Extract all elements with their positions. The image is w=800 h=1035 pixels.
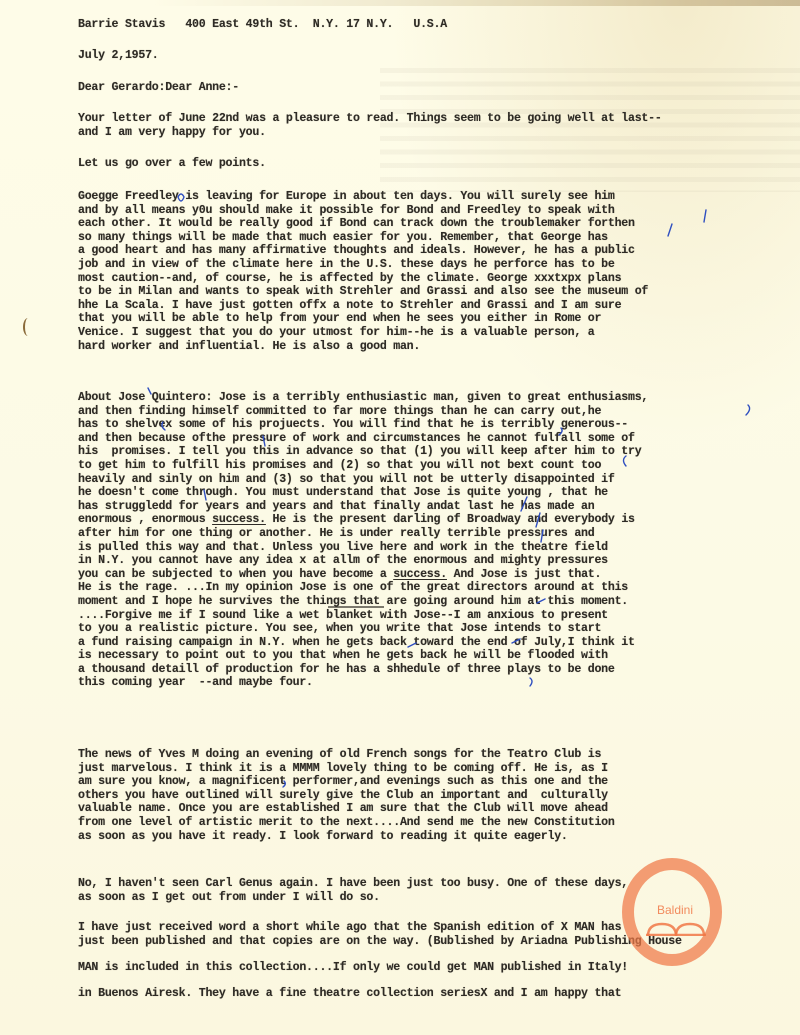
overstruck-lines: in Buenos Airesk. They have a fine theat… (78, 960, 798, 1028)
text-line: most caution--and, of course, he is affe… (78, 272, 798, 286)
text-line: so many things will be made that much ea… (78, 231, 798, 245)
archive-stamp-label: Baldini (650, 903, 700, 917)
text-line: just marvelous. I think it is a MMMM lov… (78, 762, 798, 776)
torn-top-edge (150, 0, 800, 6)
text-line: and by all means y0u should make it poss… (78, 204, 798, 218)
text-line: heavily and sinly on him and (3) so that… (78, 473, 798, 487)
text-line: this coming year --and maybe four. (78, 676, 798, 690)
text-line: a good heart and has many affirmative th… (78, 244, 798, 258)
text-line: after him for one thing or another. He i… (78, 527, 798, 541)
text-line: Your letter of June 22nd was a pleasure … (78, 112, 798, 126)
text-line: has struggledd for years and years and t… (78, 500, 798, 514)
underlined-word: success. (393, 568, 447, 581)
text-line: hhe La Scala. I have just gotten offx a … (78, 299, 798, 313)
paragraph: Let us go over a few points. (78, 157, 798, 171)
text-line: am sure you know, a magnificent performe… (78, 775, 798, 789)
text-line: to be in Milan and wants to speak with S… (78, 285, 798, 299)
text-line: hard worker and influential. He is also … (78, 340, 798, 354)
margin-bracket-mark (23, 318, 33, 336)
text-line: you can be subjected to when you have be… (78, 568, 798, 582)
text-line: he doesn't come through. You must unders… (78, 486, 798, 500)
text-line: to you a realistic picture. You see, whe… (78, 622, 798, 636)
text-line: About Jose Quintero: Jose is a terribly … (78, 391, 798, 405)
text-line: Goegge Freedley is leaving for Europe in… (78, 190, 798, 204)
text-line: is necessary to point out to you that wh… (78, 649, 798, 663)
text-line: that you will be able to help from your … (78, 312, 798, 326)
underlined-word: success. (212, 513, 266, 526)
text-line: to get him to fulfill his promises and (… (78, 459, 798, 473)
text-line: as soon as you have it ready. I look for… (78, 830, 798, 844)
overstruck-line-a: in Buenos Airesk. They have a fine theat… (78, 987, 798, 1001)
text-line: his promises. I tell you this in advance… (78, 445, 798, 459)
text-line: He is the rage. ...In my opinion Jose is… (78, 581, 798, 595)
text-line: each other. It would be really good if B… (78, 217, 798, 231)
overstruck-line-b: MAN is included in this collection....If… (78, 961, 628, 975)
text-line: a fund raising campaign in N.Y. when he … (78, 636, 798, 650)
text-line: valuable name. Once you are established … (78, 802, 798, 816)
paragraph: Goegge Freedley is leaving for Europe in… (78, 190, 798, 353)
paragraph: The news of Yves M doing an evening of o… (78, 748, 798, 843)
bridge-arches-icon (646, 922, 706, 936)
text-line: a thousand detaill of production for he … (78, 663, 798, 677)
text-line: Let us go over a few points. (78, 157, 798, 171)
text-line: job and in view of the climate here in t… (78, 258, 798, 272)
text-line: is pulled this way and that. Unless you … (78, 541, 798, 555)
text-line: The news of Yves M doing an evening of o… (78, 748, 798, 762)
salutation: Dear Gerardo:Dear Anne:- (78, 81, 798, 95)
text-line: ....Forgive me if I sound like a wet bla… (78, 609, 798, 623)
text-line: from one level of artistic merit to the … (78, 816, 798, 830)
text-line: and I am very happy for you. (78, 126, 798, 140)
text-line: moment and I hope he survives the things… (78, 595, 798, 609)
text-line: others you have outlined will surely giv… (78, 789, 798, 803)
text-line: and then finding himself committed to fa… (78, 405, 798, 419)
letter-date: July 2,1957. (78, 49, 798, 63)
text-line: and then because ofthe pressure of work … (78, 432, 798, 446)
text-line: Venice. I suggest that you do your utmos… (78, 326, 798, 340)
text-line: has to shelvex some of his projuects. Yo… (78, 418, 798, 432)
paragraph: About Jose Quintero: Jose is a terribly … (78, 391, 798, 690)
paragraph: Your letter of June 22nd was a pleasure … (78, 112, 798, 139)
text-line: in N.Y. you cannot have any idea x at al… (78, 554, 798, 568)
text-line: enormous , enormous success. He is the p… (78, 513, 798, 527)
letterhead: Barrie Stavis 400 East 49th St. N.Y. 17 … (78, 18, 798, 32)
